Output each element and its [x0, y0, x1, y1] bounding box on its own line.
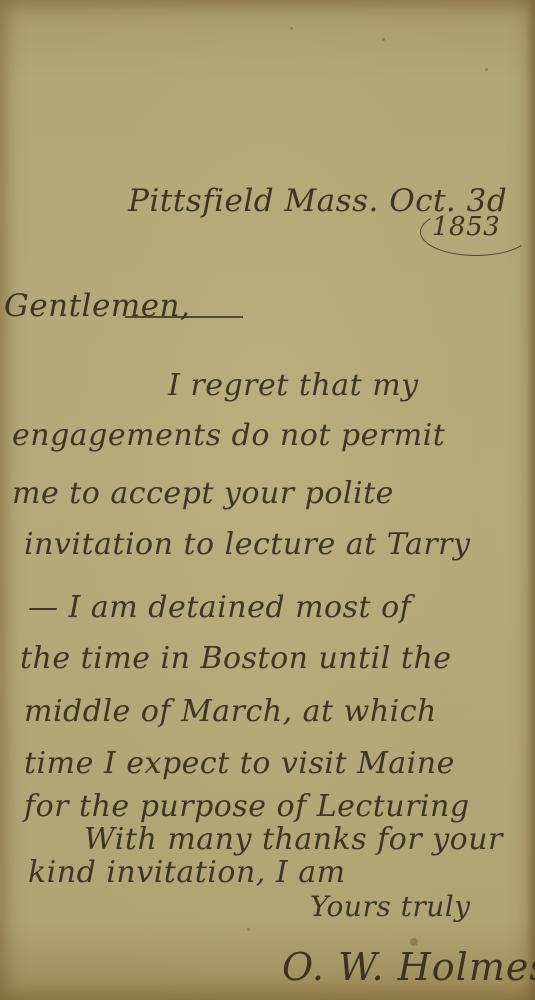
- letter-salutation: Gentlemen,: [4, 288, 190, 324]
- body-line: I regret that my: [168, 368, 419, 403]
- body-line: kind invitation, I am: [28, 855, 346, 890]
- paper-spot: [247, 928, 250, 931]
- body-line: me to accept your polite: [12, 476, 394, 511]
- body-line: — I am detained most of: [28, 590, 411, 625]
- letter-year: 1853: [432, 212, 500, 242]
- salutation-flourish: [125, 316, 243, 318]
- body-line: the time in Boston until the: [20, 641, 452, 676]
- paper-edge-shadow: [527, 0, 535, 1000]
- body-line: invitation to lecture at Tarry: [24, 527, 470, 562]
- paper-spot: [485, 68, 488, 71]
- body-line: middle of March, at which: [24, 694, 437, 729]
- letter-closing: Yours truly: [310, 890, 471, 923]
- paper-spot: [382, 38, 385, 41]
- body-line: engagements do not permit: [12, 418, 445, 453]
- letter-signature: O. W. Holmes: [282, 945, 535, 989]
- body-line: for the purpose of Lecturing: [24, 789, 470, 824]
- body-line: With many thanks for your: [84, 822, 503, 857]
- paper-spot: [290, 27, 293, 30]
- body-line: time I expect to visit Maine: [24, 746, 455, 781]
